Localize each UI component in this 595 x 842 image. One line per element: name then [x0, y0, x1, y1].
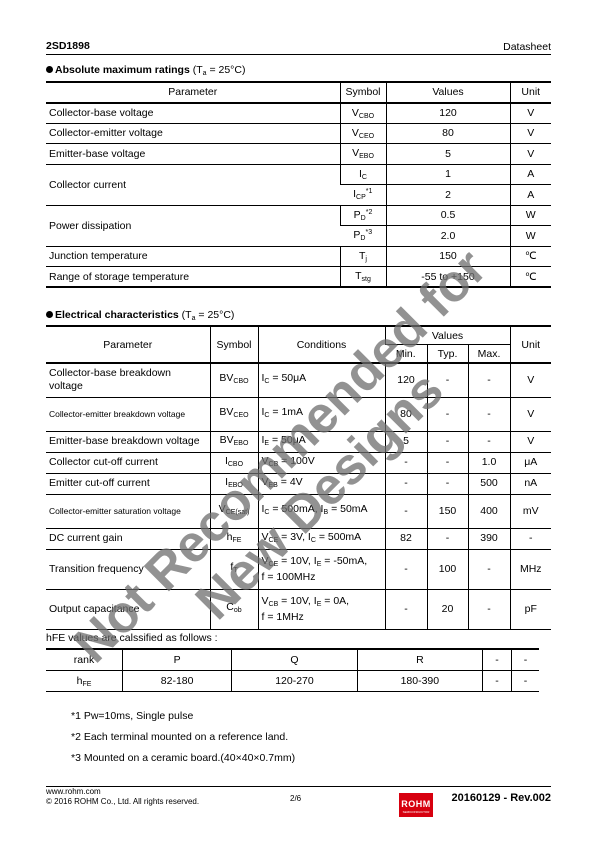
max-cell: 1.0 [468, 452, 510, 473]
value-cell: 0.5 [386, 205, 510, 226]
symbol-cell: VCE(sat) [210, 494, 258, 528]
symbol-cell: Tj [340, 246, 386, 267]
copyright: © 2016 ROHM Co., Ltd. All rights reserve… [46, 797, 199, 806]
symbol-cell: VCBO [340, 103, 386, 124]
rank-cell: - [483, 649, 512, 671]
rank-cell: R [357, 649, 482, 671]
value-cell: 120 [386, 103, 510, 124]
rank-cell: P [123, 649, 232, 671]
parameter-cell: Collector-emitter breakdown voltage [46, 397, 210, 431]
hfe-label: hFE [46, 671, 123, 692]
typ-cell: 100 [427, 549, 468, 589]
typ-cell: - [427, 452, 468, 473]
table-row: Emitter-base voltageVEBO5V [46, 144, 551, 165]
symbol-cell: Cob [210, 589, 258, 629]
parameter-cell: Collector-base breakdown voltage [46, 363, 210, 397]
parameter-cell: Range of storage temperature [46, 267, 340, 288]
abs-max-table: Parameter Symbol Values Unit Collector-b… [46, 81, 551, 288]
unit-cell: ℃ [510, 246, 551, 267]
symbol-cell: PD*2 [340, 205, 386, 226]
min-cell: - [385, 473, 427, 494]
table-row: DC current gainhFEVCE = 3V, IC = 500mA82… [46, 528, 551, 549]
symbol-cell: IC [340, 164, 386, 185]
footer-divider [46, 786, 551, 787]
condition-cell: VCB = 100V [258, 452, 385, 473]
table-row: Emitter-base breakdown voltageBVEBOIE = … [46, 431, 551, 452]
table-row: Collector-base voltageVCBO120V [46, 103, 551, 124]
value-cell: 5 [386, 144, 510, 165]
symbol-cell: ICBO [210, 452, 258, 473]
rank-cell: Q [232, 649, 357, 671]
symbol-cell: BVCBO [210, 363, 258, 397]
parameter-cell: Collector cut-off current [46, 452, 210, 473]
parameter-cell: Collector-emitter saturation voltage [46, 494, 210, 528]
table-row: Power dissipationPD*20.5W [46, 205, 551, 226]
parameter-cell: Collector-base voltage [46, 103, 340, 124]
table-row: Collector-base breakdown voltageBVCBOIC … [46, 363, 551, 397]
revision: 20160129 - Rev.002 [452, 792, 552, 804]
unit-cell: V [510, 144, 551, 165]
unit-cell: A [510, 164, 551, 185]
part-number: 2SD1898 [46, 40, 90, 52]
hfe-range-cell: 120-270 [232, 671, 357, 692]
col-min: Min. [385, 345, 427, 364]
table-row: Collector-emitter saturation voltageVCE(… [46, 494, 551, 528]
typ-cell: 20 [427, 589, 468, 629]
symbol-cell: PD*3 [340, 226, 386, 247]
unit-cell: V [510, 431, 551, 452]
col-values: Values [385, 326, 510, 345]
note-2: *2 Each terminal mounted on a reference … [71, 727, 295, 748]
condition-cell: IC = 50μA [258, 363, 385, 397]
max-cell: - [468, 363, 510, 397]
typ-cell: - [427, 473, 468, 494]
unit-cell: V [510, 397, 551, 431]
col-symbol: Symbol [210, 326, 258, 363]
unit-cell: W [510, 226, 551, 247]
value-cell: 80 [386, 123, 510, 144]
symbol-cell: fT [210, 549, 258, 589]
parameter-cell: Collector current [46, 164, 340, 205]
value-cell: 150 [386, 246, 510, 267]
min-cell: - [385, 549, 427, 589]
col-conditions: Conditions [258, 326, 385, 363]
unit-cell: μA [510, 452, 551, 473]
bullet-icon [46, 311, 53, 318]
unit-cell: W [510, 205, 551, 226]
min-cell: 82 [385, 528, 427, 549]
condition-cell: VCE = 3V, IC = 500mA [258, 528, 385, 549]
value-cell: 2.0 [386, 226, 510, 247]
condition-cell: IE = 50μA [258, 431, 385, 452]
note-1: *1 Pw=10ms, Single pulse [71, 706, 295, 727]
elec-title: Electrical characteristics (Ta = 25°C) [46, 309, 234, 322]
elec-table: Parameter Symbol Conditions Values Unit … [46, 325, 551, 630]
hfe-class-table: rank PQR-- hFE 82-180120-270180-390-- [46, 648, 539, 692]
note-3: *3 Mounted on a ceramic board.(40×40×0.7… [71, 748, 295, 769]
symbol-cell: hFE [210, 528, 258, 549]
hfe-intro: hFE values are calssified as follows : [46, 632, 218, 644]
typ-cell: - [427, 528, 468, 549]
col-typ: Typ. [427, 345, 468, 364]
unit-cell: mV [510, 494, 551, 528]
table-row: Junction temperatureTj150℃ [46, 246, 551, 267]
unit-cell: V [510, 103, 551, 124]
parameter-cell: Collector-emitter voltage [46, 123, 340, 144]
table-row: Range of storage temperatureTstg-55 to +… [46, 267, 551, 288]
max-cell: 500 [468, 473, 510, 494]
parameter-cell: Emitter-base breakdown voltage [46, 431, 210, 452]
unit-cell: MHz [510, 549, 551, 589]
min-cell: 5 [385, 431, 427, 452]
hfe-range-cell: 180-390 [357, 671, 482, 692]
max-cell: 390 [468, 528, 510, 549]
unit-cell: nA [510, 473, 551, 494]
max-cell: 400 [468, 494, 510, 528]
rank-cell: - [511, 649, 539, 671]
rohm-logo: ROHM SEMICONDUCTOR [399, 793, 433, 817]
col-max: Max. [468, 345, 510, 364]
typ-cell: - [427, 431, 468, 452]
value-cell: 2 [386, 185, 510, 206]
col-unit: Unit [510, 326, 551, 363]
symbol-cell: BVEBO [210, 431, 258, 452]
table-row: Transition frequencyfTVCE = 10V, IE = -5… [46, 549, 551, 589]
col-parameter: Parameter [46, 82, 340, 103]
parameter-cell: DC current gain [46, 528, 210, 549]
value-cell: 1 [386, 164, 510, 185]
symbol-cell: VEBO [340, 144, 386, 165]
table-row: Collector currentIC1A [46, 164, 551, 185]
col-parameter: Parameter [46, 326, 210, 363]
min-cell: - [385, 494, 427, 528]
parameter-cell: Emitter cut-off current [46, 473, 210, 494]
symbol-cell: Tstg [340, 267, 386, 288]
unit-cell: A [510, 185, 551, 206]
hfe-range-cell: 82-180 [123, 671, 232, 692]
table-row: Output capacitanceCobVCB = 10V, IE = 0A,… [46, 589, 551, 629]
max-cell: - [468, 397, 510, 431]
rank-label: rank [46, 649, 123, 671]
hfe-range-cell: - [483, 671, 512, 692]
condition-cell: IC = 500mA, IB = 50mA [258, 494, 385, 528]
bullet-icon [46, 66, 53, 73]
max-cell: - [468, 549, 510, 589]
page-number: 2/6 [290, 794, 301, 803]
col-unit: Unit [510, 82, 551, 103]
unit-cell: V [510, 363, 551, 397]
condition-cell: IC = 1mA [258, 397, 385, 431]
parameter-cell: Power dissipation [46, 205, 340, 246]
typ-cell: - [427, 363, 468, 397]
max-cell: - [468, 431, 510, 452]
col-symbol: Symbol [340, 82, 386, 103]
table-row: Collector-emitter voltageVCEO80V [46, 123, 551, 144]
condition-cell: VCB = 10V, IE = 0A,f = 1MHz [258, 589, 385, 629]
header-divider [46, 54, 551, 55]
parameter-cell: Transition frequency [46, 549, 210, 589]
min-cell: - [385, 452, 427, 473]
symbol-cell: VCEO [340, 123, 386, 144]
unit-cell: V [510, 123, 551, 144]
abs-max-title: Absolute maximum ratings (Ta = 25°C) [46, 64, 245, 77]
col-values: Values [386, 82, 510, 103]
symbol-cell: BVCEO [210, 397, 258, 431]
unit-cell: - [510, 528, 551, 549]
typ-cell: - [427, 397, 468, 431]
symbol-cell: ICP*1 [340, 185, 386, 206]
typ-cell: 150 [427, 494, 468, 528]
condition-cell: VEB = 4V [258, 473, 385, 494]
website-link[interactable]: www.rohm.com [46, 787, 101, 796]
table-row: Emitter cut-off currentIEBOVEB = 4V--500… [46, 473, 551, 494]
min-cell: 80 [385, 397, 427, 431]
unit-cell: ℃ [510, 267, 551, 288]
condition-cell: VCE = 10V, IE = -50mA,f = 100MHz [258, 549, 385, 589]
min-cell: 120 [385, 363, 427, 397]
table-row: Collector cut-off currentICBOVCB = 100V-… [46, 452, 551, 473]
doc-type: Datasheet [503, 41, 551, 53]
parameter-cell: Output capacitance [46, 589, 210, 629]
max-cell: - [468, 589, 510, 629]
table-row: Collector-emitter breakdown voltageBVCEO… [46, 397, 551, 431]
footnotes: *1 Pw=10ms, Single pulse *2 Each termina… [71, 706, 295, 769]
parameter-cell: Junction temperature [46, 246, 340, 267]
value-cell: -55 to +150 [386, 267, 510, 288]
symbol-cell: IEBO [210, 473, 258, 494]
hfe-range-cell: - [511, 671, 539, 692]
unit-cell: pF [510, 589, 551, 629]
parameter-cell: Emitter-base voltage [46, 144, 340, 165]
min-cell: - [385, 589, 427, 629]
